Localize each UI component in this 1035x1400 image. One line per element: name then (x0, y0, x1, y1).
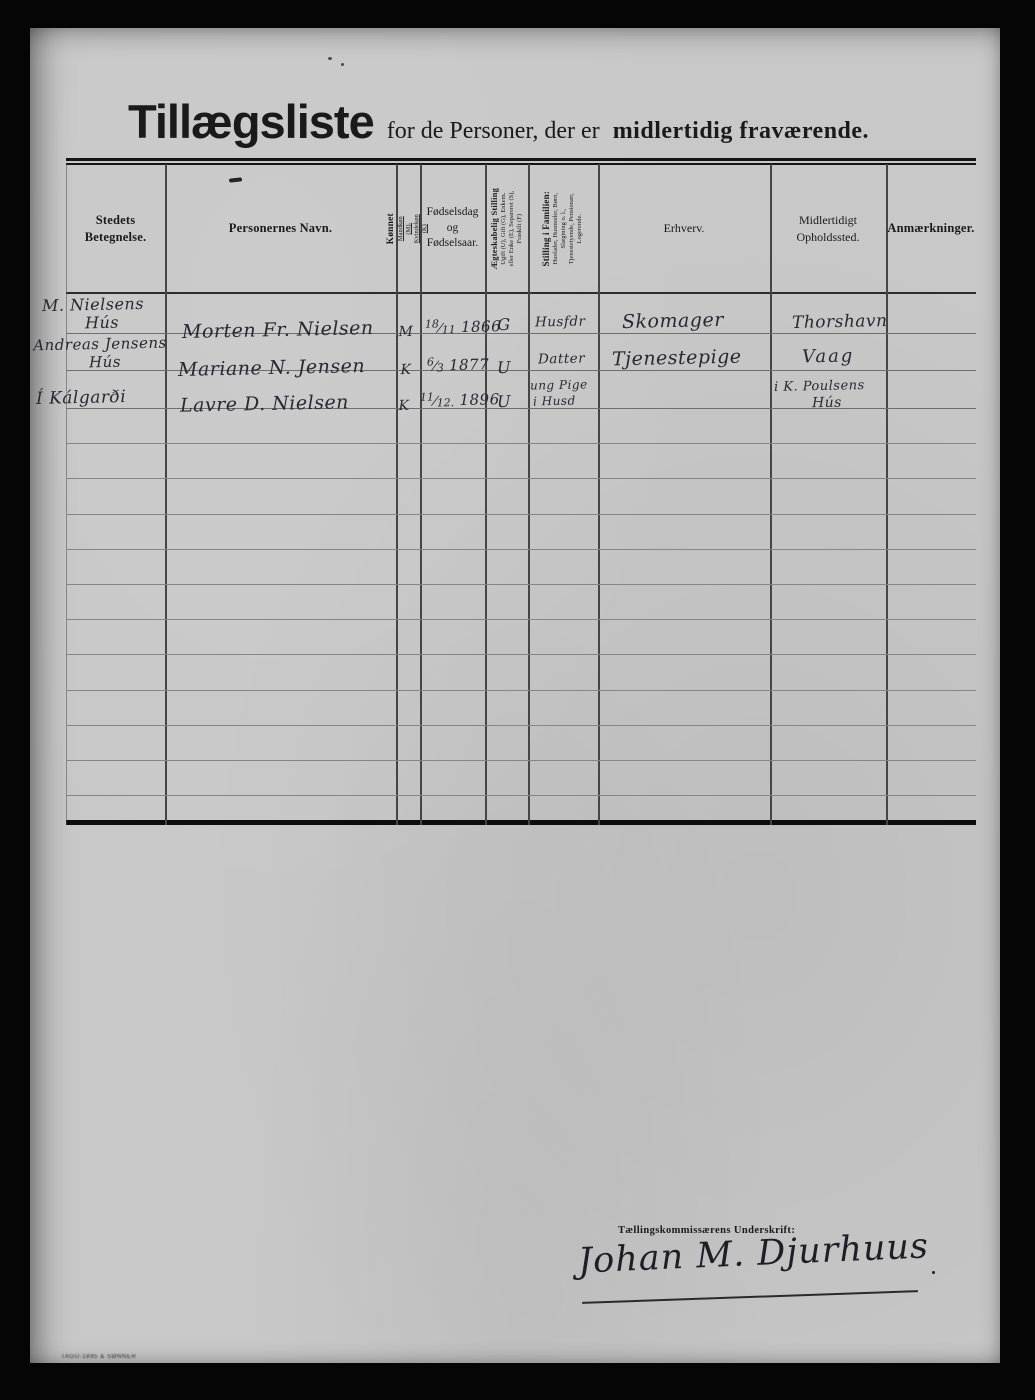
signature-underline (582, 1290, 918, 1303)
row2-sex: K (392, 362, 420, 379)
table-row-line (66, 760, 976, 761)
row3-marital-status: U (486, 392, 522, 412)
scan-speck (341, 63, 344, 66)
column-header-midlertidigt-opholdssted: Midlertidigt Opholdssted. (770, 165, 886, 292)
row1-marital-status: G (486, 315, 522, 335)
row2-marital-status: U (486, 358, 522, 378)
row2-name: Mariane N. Jensen (178, 355, 366, 381)
signature-period (932, 1271, 935, 1274)
row2-temporary-residence: Vaag (802, 345, 855, 367)
row3-family-position-line1: ung Pige (530, 377, 588, 392)
table-row-line (66, 549, 976, 550)
table-row-line (66, 795, 976, 796)
column-header-personernes-navn: Personernes Navn. (165, 165, 396, 292)
table-header-rule (66, 292, 976, 294)
column-header-stedets-betegnelse: Stedets Betegnelse. (66, 165, 165, 292)
row1-birth-day: 18 (425, 318, 439, 331)
row3-birth-day: 11 (420, 391, 434, 404)
row2-place-line1: Andreas Jensens (30, 334, 170, 355)
column-header-foedselsdag: Fødselsdag og Fødselsaar. (420, 165, 485, 292)
scanned-census-document: { "page": { "paper_color": "#c8c8c8", "i… (0, 0, 1035, 1400)
row1-family-position: Husfdr (535, 313, 586, 330)
row3-sex: K (390, 398, 418, 415)
table-row-line (66, 584, 976, 585)
column-header-koennet-label: Kønnet (386, 213, 396, 244)
table-top-rule (66, 158, 976, 161)
column-header-aegteskabelig-sub: Ugift (U), Gift (G), Enkem. eller Enke (… (500, 188, 524, 269)
row3-place: Í Kálgarði (36, 387, 127, 409)
table-row-line (66, 654, 976, 655)
row3-name: Lavre D. Nielsen (180, 391, 349, 417)
row2-occupation: Tjenestepige (612, 346, 742, 371)
form-title-main: Tillægsliste (128, 94, 374, 149)
census-form-page: Tillægsliste for de Personer, der er mid… (30, 28, 1000, 1363)
table-row-line (66, 690, 976, 691)
row1-sex: M (392, 324, 420, 341)
row2-birthdate: 6⁄3 1877 (427, 354, 490, 374)
column-header-aegteskabelig-stilling: Ægteskabelig Stilling Ugift (U), Gift (G… (485, 165, 528, 292)
row3-birth-month: 12. (437, 396, 455, 409)
scan-speck (328, 57, 332, 60)
column-header-erhverv: Erhverv. (598, 165, 770, 292)
table-row-line (66, 478, 976, 479)
column-header-anmaerkninger: Anmærkninger. (886, 165, 976, 292)
form-title-subtitle: for de Personer, der er (387, 118, 600, 145)
form-title: Tillægsliste for de Personer, der er mid… (128, 94, 869, 149)
printer-mark: TAGU-1895 & SØNNER (61, 1354, 136, 1360)
table-row-line (66, 443, 976, 444)
table-row-line (66, 514, 976, 515)
row1-temporary-residence: Thorshavn (792, 311, 888, 333)
row2-birth-year: 1877 (449, 355, 490, 374)
column-header-stilling-sub: Husfader, Husmoder, Børn, Slægtning o. l… (552, 191, 585, 267)
row3-family-position-line2: i Husd (533, 394, 576, 409)
row1-name: Morten Fr. Nielsen (182, 317, 374, 343)
table-row-line (66, 725, 976, 726)
column-header-koennet: Kønnet Mandkøn (M). Kvindekøn (K) (396, 165, 420, 292)
table-row-line (66, 619, 976, 620)
form-title-emphasis: midlertidig fraværende. (613, 118, 869, 145)
row2-family-position: Datter (538, 351, 585, 368)
column-header-stilling-label: Stilling i Familien: (541, 191, 551, 267)
column-header-aegteskabelig-label: Ægteskabelig Stilling (489, 188, 499, 269)
row2-birth-month: 3 (437, 361, 444, 374)
row2-place-line2: Hús (75, 352, 135, 371)
table-bottom-rule (66, 820, 976, 825)
row1-place-line2: Hús (72, 312, 132, 332)
row1-occupation: Skomager (622, 309, 724, 333)
column-header-stilling-i-familien: Stilling i Familien: Husfader, Husmoder,… (528, 165, 598, 292)
row3-temporary-residence-line1: i K. Poulsens (774, 378, 865, 395)
row3-temporary-residence-line2: Hús (812, 395, 842, 412)
row1-birth-month: 11 (442, 323, 456, 336)
